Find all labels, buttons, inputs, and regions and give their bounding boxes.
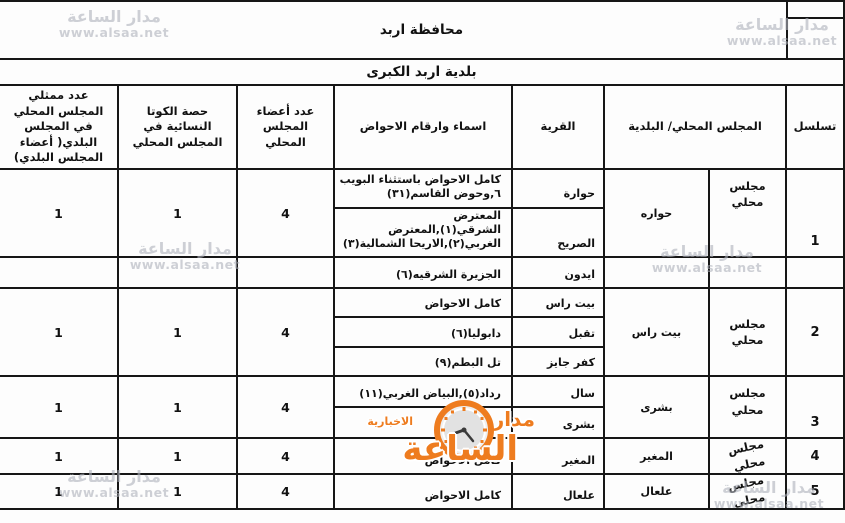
cell-quota-3: 1 [118,376,237,438]
cell-council-name-3: بشرى [604,376,709,438]
cell-basins-saal: رداد(٥),البياض الغربي(١١) [334,376,512,407]
cell-basins-bushra [334,407,512,438]
municipality-title-row: بلدية اربد الكبرى [0,59,844,85]
cell-reps-1: 1 [0,169,118,258]
header-basins: اسماء وارقام الاحواض [334,85,512,169]
cell-serial-3: 3 [786,376,844,438]
table-row: ايدون الجزيرة الشرقيه(٦) [0,257,844,288]
councils-table: محافظة اربد بلدية اربد الكبرى تسلسل المج… [0,0,845,510]
cell-basins-mughayyer: كامل الاحواض [334,438,512,473]
cell-reps-2: 1 [0,288,118,376]
cell-basins-alal: كامل الاحواض [334,474,512,509]
cell-council-type-3: مجلس محلي [709,376,786,438]
governorate-title-row: محافظة اربد [0,1,844,59]
cell-reps-5: 1 [0,474,118,509]
cell-serial-1: 1 [786,169,844,258]
cell-council-type-2: مجلس محلي [709,288,786,376]
cell-council-name-4: المغير [604,438,709,473]
cell-village-kafrjayez: كفر جايز [512,347,604,376]
cell-village-hawara: حوارة [512,169,604,208]
cell-quota-4: 1 [118,438,237,473]
cell-members-3: 4 [237,376,334,438]
cell-quota-5: 1 [118,474,237,509]
cell-quota-2: 1 [118,288,237,376]
table-row: 3 مجلس محلي بشرى سال رداد(٥),البياض الغر… [0,376,844,407]
cell-village-taqbal: تقبل [512,317,604,347]
table-row: 1 مجلس محلي حواره حوارة كامل الاحواض باس… [0,169,844,208]
cell-basins-idoon: الجزيرة الشرقيه(٦) [334,257,512,288]
cell-basins-beitras: كامل الاحواض [334,288,512,317]
table-header-row: تسلسل المجلس المحلي/ البلدية القرية اسما… [0,85,844,169]
cell-village-alal: علعال [512,474,604,509]
cell-basins-kafrjayez: تل البطم(٩) [334,347,512,376]
cell-council-name-5: علعال [604,474,709,509]
cell-village-beitras: بيت راس [512,288,604,317]
cell-members-4: 4 [237,438,334,473]
table-row: 4 مجلس محلي المغير المغير كامل الاحواض 4… [0,438,844,473]
cell-quota-idoon [118,257,237,288]
cell-council-type-idoon [709,257,786,288]
header-quota: حصة الكوتا النسائية في المجلس المحلي [118,85,237,169]
cell-council-name-1: حواره [604,169,709,258]
cell-basins-sareeh: المعترض الشرقي(١),المعترض الغربي(٢),الار… [334,208,512,258]
header-representatives: عدد ممثلي المجلس المحلي في المجلس البلدي… [0,85,118,169]
cell-village-sareeh: الصريح [512,208,604,258]
governorate-title: محافظة اربد [0,1,844,59]
cell-members-idoon [237,257,334,288]
cell-council-type-5: مجلس محلي [711,474,783,509]
cell-members-1: 4 [237,169,334,258]
cell-council-type-4: مجلس محلي [711,438,783,473]
cell-serial-4: 4 [786,438,844,473]
table-row: 5 مجلس محلي علعال علعال كامل الاحواض 4 1… [0,474,844,509]
cell-village-idoon: ايدون [512,257,604,288]
cell-reps-4: 1 [0,438,118,473]
header-serial: تسلسل [786,85,844,169]
cell-members-2: 4 [237,288,334,376]
header-village: القرية [512,85,604,169]
cell-serial-idoon [786,257,844,288]
cell-basins-taqbal: دابوليا(٦) [334,317,512,347]
cell-reps-3: 1 [0,376,118,438]
header-council: المجلس المحلي/ البلدية [604,85,786,169]
table-row: 2 مجلس محلي بيت راس بيت راس كامل الاحواض… [0,288,844,317]
cell-village-mughayyer: المغير [512,438,604,473]
cell-serial-2: 2 [786,288,844,376]
cell-village-bushra: بشرى [512,407,604,438]
cell-council-type-1: مجلس محلي [709,169,786,258]
cell-members-5: 4 [237,474,334,509]
cell-basins-hawara: كامل الاحواض باستثناء البويب ٦,وحوض القا… [334,169,512,208]
cell-village-saal: سال [512,376,604,407]
cell-council-name-idoon [604,257,709,288]
municipality-title: بلدية اربد الكبرى [0,59,844,85]
cell-serial-5: 5 [786,474,844,509]
header-members: عدد أعضاء المجلس المحلي [237,85,334,169]
cell-council-name-2: بيت راس [604,288,709,376]
scanned-document-page: محافظة اربد بلدية اربد الكبرى تسلسل المج… [0,0,845,523]
cell-quota-1: 1 [118,169,237,258]
cell-reps-idoon [0,257,118,288]
